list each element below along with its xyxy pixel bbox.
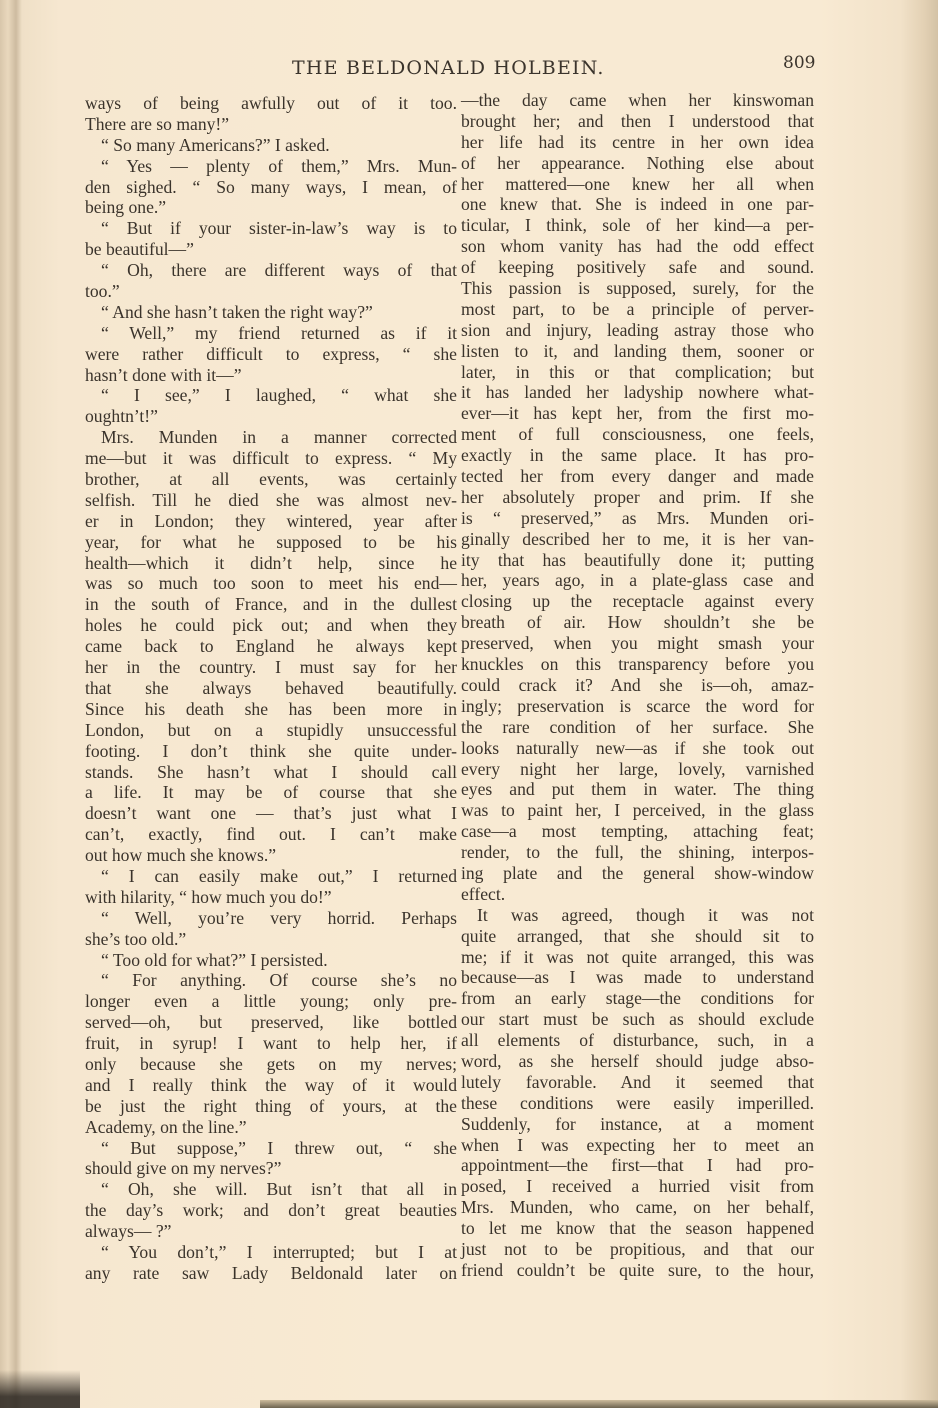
text-line: with hilarity, “ how much you do!” [85, 887, 457, 908]
text-line: any rate saw Lady Beldonald later on [85, 1263, 457, 1284]
text-line: ticular, I think, sole of her kind—a per… [461, 215, 814, 236]
scanned-book-page: THE BELDONALD HOLBEIN. 809 ways of being… [0, 0, 938, 1408]
text-line: can’t, exactly, find out. I can’t make [85, 824, 457, 845]
text-line: a life. It may be of course that she [85, 782, 457, 803]
text-line: be beautiful—” [85, 239, 457, 260]
text-line: Mrs. Munden in a manner corrected [85, 427, 457, 448]
text-line: most part, to be a principle of perver- [461, 299, 814, 320]
text-line: posed, I received a hurried visit from [461, 1176, 814, 1197]
text-line: her mattered—one knew her all when [461, 174, 814, 195]
text-line: only because she gets on my nerves; [85, 1054, 457, 1075]
text-line: should give on my nerves?” [85, 1158, 457, 1179]
text-line: breath of air. How shouldn’t she be [461, 612, 814, 633]
text-line: brought her; and then I understood that [461, 111, 814, 132]
text-line: to let me know that the season happened [461, 1218, 814, 1239]
text-line: effect. [461, 884, 814, 905]
running-title: THE BELDONALD HOLBEIN. [292, 57, 605, 79]
text-line: health—which it didn’t help, since he [85, 553, 457, 574]
text-line: “ For anything. Of course she’s no [85, 970, 457, 991]
text-line: oughtn’t!” [85, 406, 457, 427]
text-line: her, years ago, in a plate-glass case an… [461, 570, 814, 591]
text-line: den sighed. “ So many ways, I mean, of [85, 177, 457, 198]
text-line: “ So many Americans?” I asked. [85, 135, 457, 156]
text-line: is “ preserved,” as Mrs. Munden ori- [461, 508, 814, 529]
text-line: be just the right thing of yours, at the [85, 1096, 457, 1117]
text-line: Mrs. Munden, who came, on her behalf, [461, 1197, 814, 1218]
text-line: her life had its centre in her own idea [461, 132, 814, 153]
text-line: er in London; they wintered, year after [85, 511, 457, 532]
text-line: fruit, in syrup! I want to help her, if [85, 1033, 457, 1054]
text-line: “ Yes — plenty of them,” Mrs. Mun- [85, 156, 457, 177]
text-line: in the south of France, and in the dulle… [85, 594, 457, 615]
text-line: London, but on a stupidly unsuccessful [85, 720, 457, 741]
text-line: eyes and put them in water. The thing [461, 779, 814, 800]
text-line: footing. I don’t think she quite under- [85, 741, 457, 762]
text-line: knuckles on this transparency before you [461, 654, 814, 675]
text-line: and I really think the way of it would [85, 1075, 457, 1096]
text-line: from an early stage—the conditions for [461, 988, 814, 1009]
right-text-column: —the day came when her kinswomanbrought … [461, 90, 814, 1281]
binding-shadow [0, 1370, 80, 1408]
text-line: the day’s work; and don’t great beauties [85, 1200, 457, 1221]
text-line: ingly; preservation is scarce the word f… [461, 696, 814, 717]
text-line: ways of being awfully out of it too. [85, 93, 457, 114]
text-line: “ And she hasn’t taken the right way?” [85, 302, 457, 323]
text-line: was so much too soon to meet his end— [85, 573, 457, 594]
text-line: “ Oh, she will. But isn’t that all in [85, 1179, 457, 1200]
text-line: out how much she knows.” [85, 845, 457, 866]
text-line: It was agreed, though it was not [461, 905, 814, 926]
text-line: ginally described her to me, it is her v… [461, 529, 814, 550]
text-line: ity that has beautifully done it; puttin… [461, 550, 814, 571]
text-line: were rather difficult to express, “ she [85, 344, 457, 365]
text-line: “ I see,” I laughed, “ what she [85, 385, 457, 406]
text-line: hasn’t done with it—” [85, 365, 457, 386]
text-line: listen to it, and landing them, sooner o… [461, 341, 814, 362]
text-line: Since his death she has been more in [85, 699, 457, 720]
text-line: holes he could pick out; and when they [85, 615, 457, 636]
text-line: case—a most tempting, attaching feat; [461, 821, 814, 842]
text-line: of keeping positively safe and sound. [461, 257, 814, 278]
text-line: looks naturally new—as if she took out [461, 738, 814, 759]
text-line: sion and injury, leading astray those wh… [461, 320, 814, 341]
text-line: “ Oh, there are different ways of that [85, 260, 457, 281]
text-line: ever—it has kept her, from the first mo- [461, 403, 814, 424]
text-line: she’s too old.” [85, 929, 457, 950]
text-line: the rare condition of her surface. She [461, 717, 814, 738]
text-line: me; if it was not quite arranged, this w… [461, 947, 814, 968]
text-line: quite arranged, that she should sit to [461, 926, 814, 947]
text-line: “ But if your sister-in-law’s way is to [85, 218, 457, 239]
left-text-column: ways of being awfully out of it too.Ther… [85, 93, 457, 1284]
text-line: these conditions were easily imperilled. [461, 1093, 814, 1114]
text-line: too.” [85, 281, 457, 302]
text-line: Academy, on the line.” [85, 1117, 457, 1138]
text-line: lutely favorable. And it seemed that [461, 1072, 814, 1093]
text-line: it has landed her ladyship nowhere what- [461, 382, 814, 403]
text-line: served—oh, but preserved, like bottled [85, 1012, 457, 1033]
text-line: closing up the receptacle against every [461, 591, 814, 612]
page-number: 809 [783, 53, 815, 73]
text-line: son whom vanity has had the odd effect [461, 236, 814, 257]
text-line: This passion is supposed, surely, for th… [461, 278, 814, 299]
text-line: ing plate and the general show-window [461, 863, 814, 884]
text-line: “ Well, you’re very horrid. Perhaps [85, 908, 457, 929]
text-line: ment of full consciousness, one feels, [461, 424, 814, 445]
text-line: of her appearance. Nothing else about [461, 153, 814, 174]
text-line: when I was expecting her to meet an [461, 1135, 814, 1156]
text-line: all elements of disturbance, such, in a [461, 1030, 814, 1051]
text-line: her in the country. I must say for her [85, 657, 457, 678]
text-line: preserved, when you might smash your [461, 633, 814, 654]
text-line: tected her from every danger and made [461, 466, 814, 487]
text-line: always— ?” [85, 1221, 457, 1242]
text-line: that she always behaved beautifully. [85, 678, 457, 699]
text-line: There are so many!” [85, 114, 457, 135]
text-line: stands. She hasn’t what I should call [85, 762, 457, 783]
text-line: because—as I was made to understand [461, 967, 814, 988]
text-line: selfish. Till he died she was almost nev… [85, 490, 457, 511]
text-line: render, to the full, the shining, interp… [461, 842, 814, 863]
text-line: could crack it? And she is—oh, amaz- [461, 675, 814, 696]
text-line: “ Well,” my friend returned as if it [85, 323, 457, 344]
text-line: later, in this or that complication; but [461, 362, 814, 383]
text-line: “ But suppose,” I threw out, “ she [85, 1138, 457, 1159]
text-line: “ Too old for what?” I persisted. [85, 950, 457, 971]
text-line: came back to England he always kept [85, 636, 457, 657]
text-line: Suddenly, for instance, at a moment [461, 1114, 814, 1135]
text-line: —the day came when her kinswoman [461, 90, 814, 111]
text-line: longer even a little young; only pre- [85, 991, 457, 1012]
text-line: doesn’t want one — that’s just what I [85, 803, 457, 824]
page-bottom-edge [260, 1400, 938, 1408]
text-line: “ I can easily make out,” I returned [85, 866, 457, 887]
text-line: one knew that. She is indeed in one par- [461, 194, 814, 215]
text-line: brother, at all events, was certainly [85, 469, 457, 490]
text-line: being one.” [85, 197, 457, 218]
text-line: our start must be such as should exclude [461, 1009, 814, 1030]
text-line: year, for what he supposed to be his [85, 532, 457, 553]
text-line: her absolutely proper and prim. If she [461, 487, 814, 508]
text-line: was to paint her, I perceived, in the gl… [461, 800, 814, 821]
page-header: THE BELDONALD HOLBEIN. 809 [0, 53, 938, 83]
text-line: exactly in the same place. It has pro- [461, 445, 814, 466]
text-line: word, as she herself should judge abso- [461, 1051, 814, 1072]
text-line: “ You don’t,” I interrupted; but I at [85, 1242, 457, 1263]
text-line: appointment—the first—that I had pro- [461, 1155, 814, 1176]
text-line: every night her large, lovely, varnished [461, 759, 814, 780]
text-line: me—but it was difficult to express. “ My [85, 448, 457, 469]
text-line: just not to be propitious, and that our [461, 1239, 814, 1260]
text-line: friend couldn’t be quite sure, to the ho… [461, 1260, 814, 1281]
